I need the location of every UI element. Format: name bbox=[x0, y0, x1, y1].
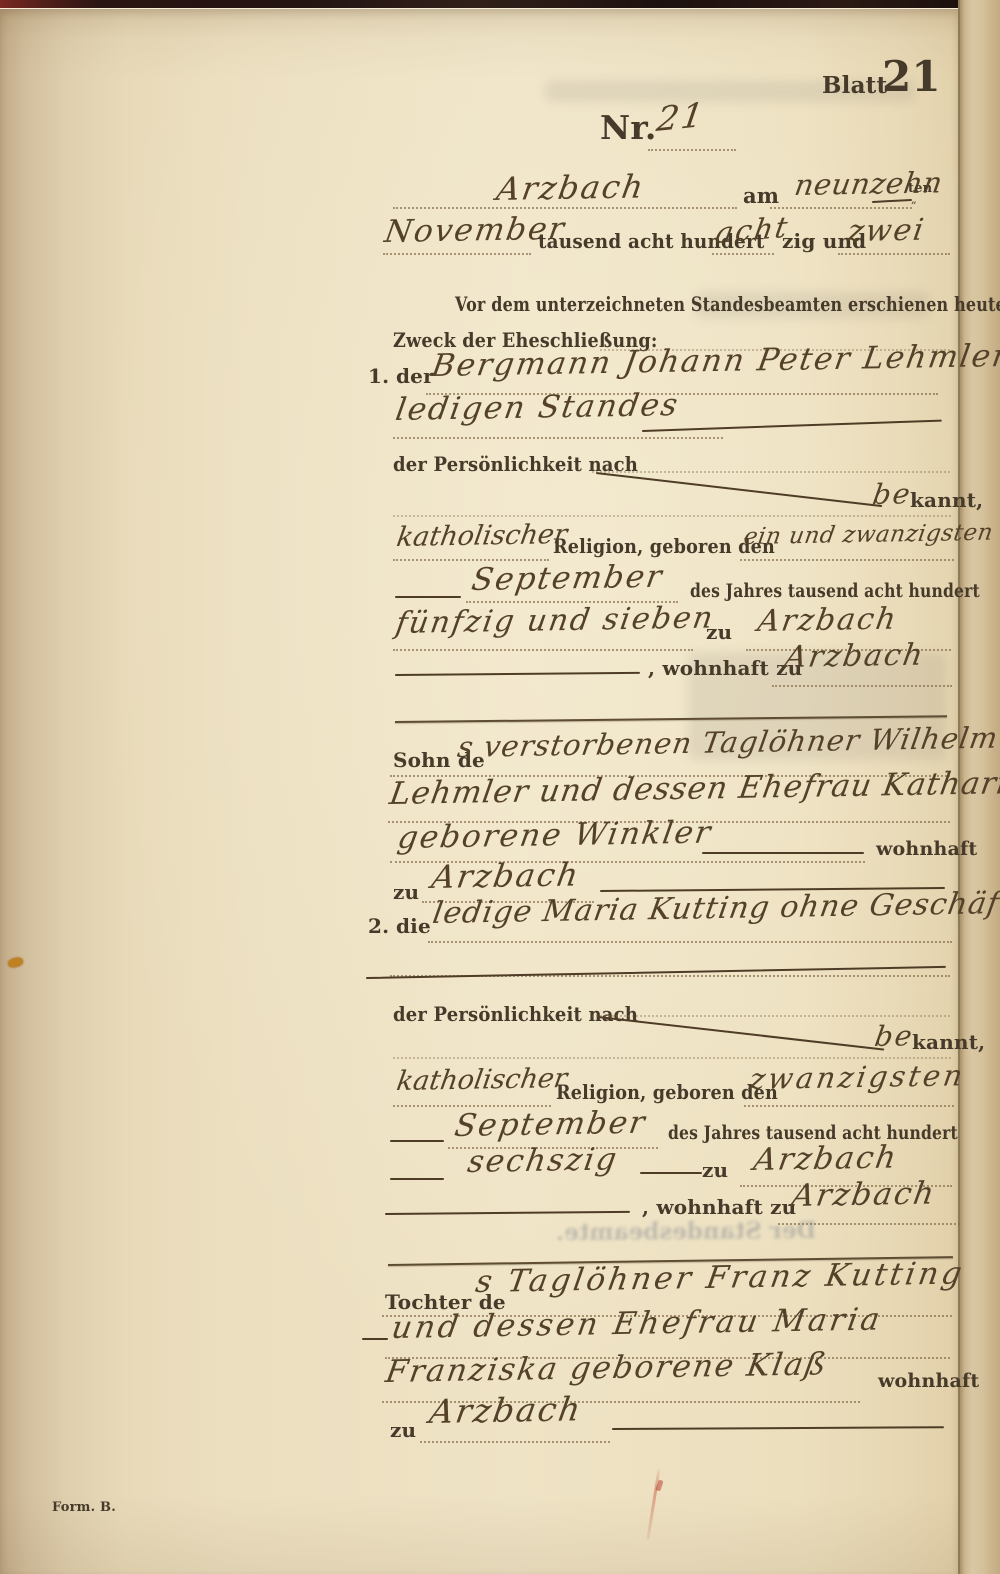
groom-birth-day-entry: ein und zwanzigsten bbox=[742, 520, 995, 550]
bride-religion-entry: katholischer bbox=[395, 1063, 570, 1097]
bride-zu-label: zu bbox=[702, 1158, 728, 1182]
underline bbox=[778, 1222, 960, 1225]
underline bbox=[420, 1440, 610, 1443]
bride-birth-month-entry: September bbox=[452, 1105, 649, 1144]
underline bbox=[393, 436, 723, 439]
groom-birth-month-entry: September bbox=[469, 559, 666, 598]
groom-kannt-label: kannt, bbox=[910, 488, 983, 512]
bride-identity-hand-entry: be bbox=[872, 1019, 916, 1053]
underline bbox=[740, 558, 954, 561]
underline bbox=[772, 684, 952, 687]
underline bbox=[393, 514, 951, 517]
groom-index: 1. bbox=[368, 364, 389, 388]
bride-parents-residence-entry: Arzbach bbox=[427, 1389, 585, 1431]
groom-parents-zu-label: zu bbox=[393, 880, 419, 904]
bride-index: 2. bbox=[368, 914, 389, 938]
underline bbox=[393, 1056, 951, 1059]
sheet-number: 21 bbox=[882, 52, 941, 101]
suffix-mark: „ bbox=[911, 193, 917, 206]
dateline-place-entry: Arzbach bbox=[494, 167, 648, 208]
underline bbox=[592, 1014, 950, 1017]
underline bbox=[383, 252, 531, 255]
bride-parents-zu-label: zu bbox=[390, 1418, 416, 1442]
groom-year-label: des Jahres tausend acht hundert bbox=[690, 580, 980, 602]
bride-wohnhaft-label: wohnhaft bbox=[878, 1370, 979, 1392]
underline bbox=[712, 252, 774, 255]
groom-parents-line3-entry: geborene Winkler bbox=[395, 815, 715, 856]
groom-parents-residence-entry: Arzbach bbox=[429, 855, 583, 896]
groom-wohnhaft-label: wohnhaft bbox=[876, 838, 977, 860]
underline bbox=[838, 252, 950, 255]
groom-religion-entry: katholischer bbox=[395, 519, 570, 553]
intro-line1: Vor dem unterzeichneten Standesbeamten e… bbox=[455, 292, 1000, 316]
underline bbox=[648, 148, 736, 151]
bride-wohnhaft-zu-label: , wohnhaft zu bbox=[642, 1195, 796, 1219]
groom-wohnhaft-zu-label: , wohnhaft zu bbox=[648, 656, 802, 680]
underline bbox=[744, 1104, 954, 1107]
underline bbox=[428, 940, 952, 943]
record-number-entry: 21 bbox=[654, 95, 708, 140]
record-nr-label: Nr. bbox=[600, 108, 657, 147]
year-tens-entry: acht bbox=[713, 210, 792, 250]
groom-residence-entry: Arzbach bbox=[782, 638, 927, 675]
blatt-label: Blatt bbox=[822, 72, 887, 99]
bride-kannt-label: kannt, bbox=[912, 1030, 985, 1054]
bride-birth-day-entry: zwanzigsten bbox=[747, 1058, 968, 1096]
groom-zu-label: zu bbox=[706, 620, 732, 644]
am-label: am bbox=[743, 183, 779, 208]
groom-identity-hand-entry: be bbox=[870, 477, 914, 511]
groom-status-entry: ledigen Standes bbox=[393, 387, 682, 428]
groom-birth-place-entry: Arzbach bbox=[755, 602, 900, 639]
groom-birth-year-entry: fünfzig und sieben bbox=[393, 600, 717, 641]
bride-residence-entry: Arzbach bbox=[789, 1176, 938, 1214]
bride-birth-year-entry: sechszig bbox=[465, 1141, 621, 1180]
groom-article: der bbox=[396, 364, 434, 388]
underline bbox=[770, 206, 912, 209]
underline bbox=[592, 470, 950, 473]
bride-birth-place-entry: Arzbach bbox=[751, 1140, 900, 1178]
form-note: Form. B. bbox=[52, 1500, 116, 1515]
bride-religion-label: Religion, geboren den bbox=[556, 1080, 778, 1104]
bride-article: die bbox=[396, 914, 431, 938]
year-ones-entry: zwei bbox=[845, 213, 928, 249]
underline bbox=[393, 648, 693, 651]
